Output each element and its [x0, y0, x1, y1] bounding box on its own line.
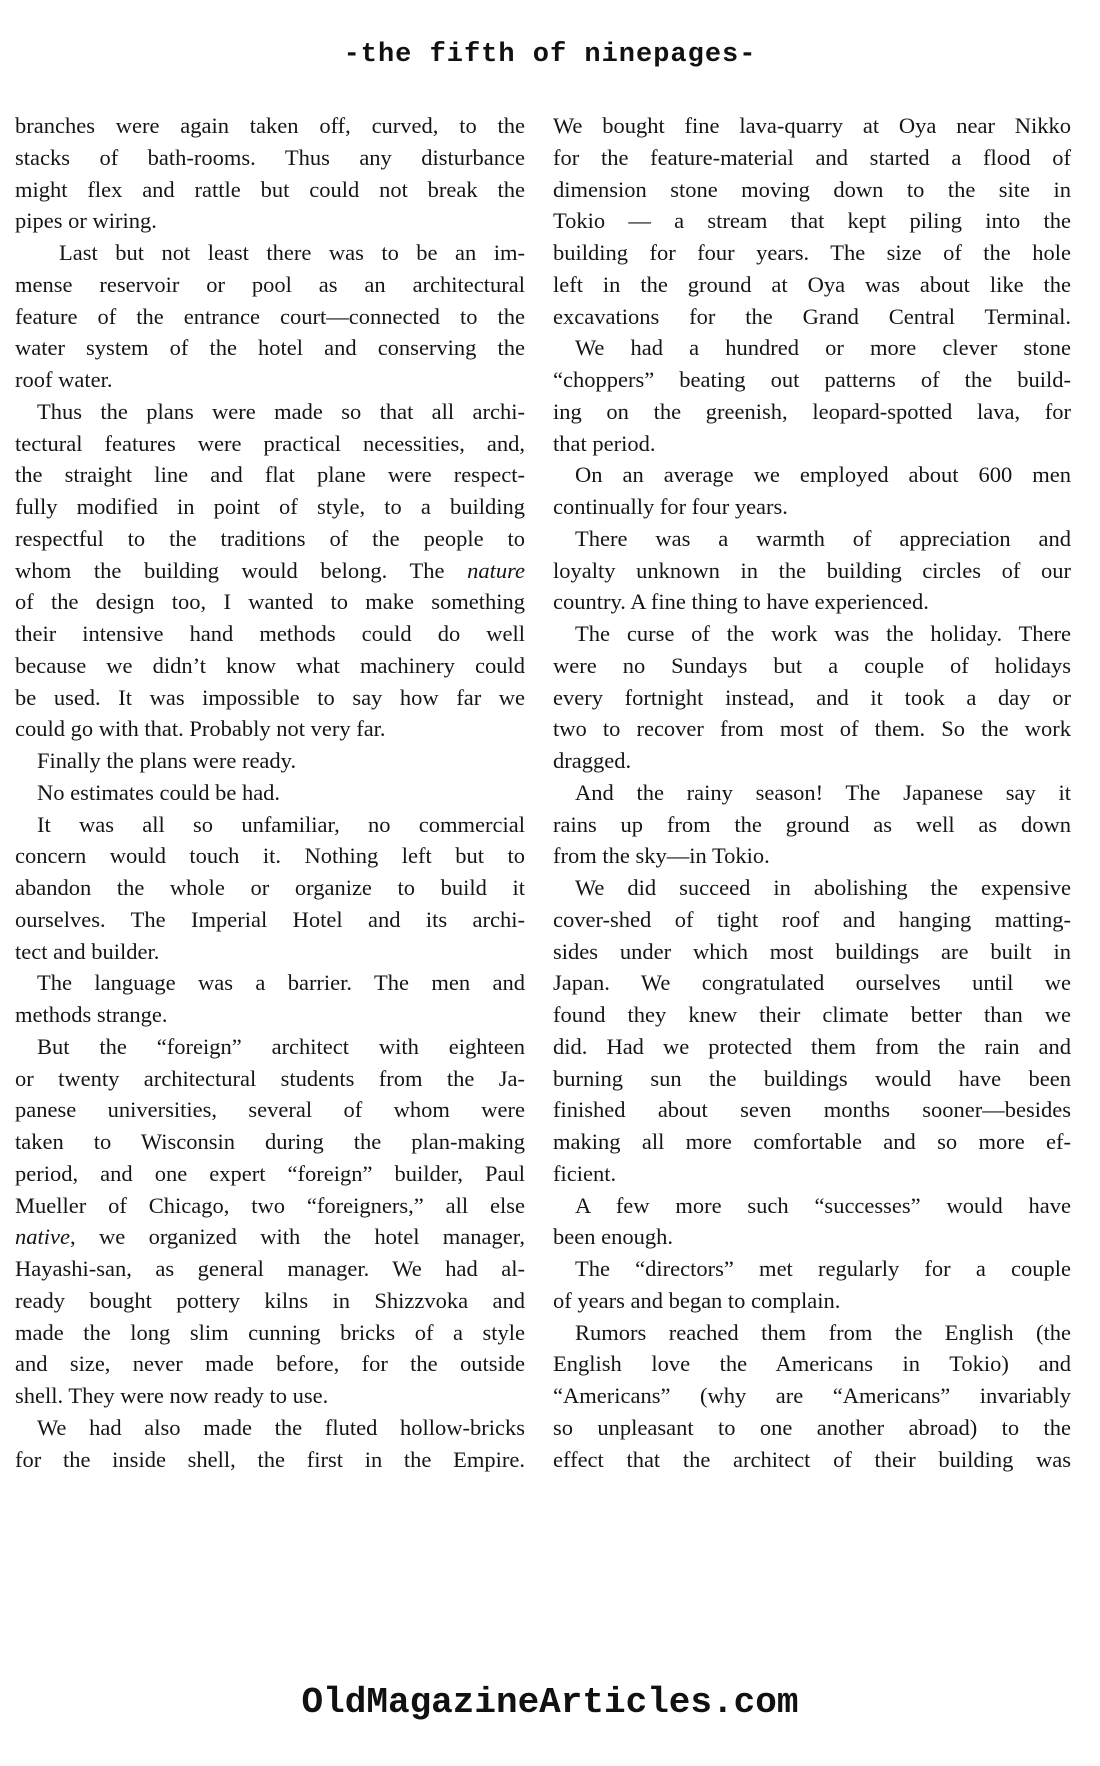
right-text-column: We bought fine lava-quarry at Oya near N…: [553, 110, 1071, 1475]
text-line: found they knew their climate better tha…: [553, 999, 1071, 1031]
text-line: English love the Americans in Tokio) and: [553, 1348, 1071, 1380]
text-line: No estimates could be had.: [15, 777, 525, 809]
text-line: excavations for the Grand Central Termin…: [553, 301, 1071, 333]
page-header-title: -the fifth of ninepages-: [0, 40, 1100, 70]
text-line: Finally the plans were ready.: [15, 745, 525, 777]
site-watermark: OldMagazineArticles.com: [0, 1682, 1100, 1723]
text-line: were no Sundays but a couple of holidays: [553, 650, 1071, 682]
text-line: concern would touch it. Nothing left but…: [15, 840, 525, 872]
text-line: made the long slim cunning bricks of a s…: [15, 1317, 525, 1349]
text-line: We bought fine lava-quarry at Oya near N…: [553, 110, 1071, 142]
text-line: of years and began to complain.: [553, 1285, 1071, 1317]
text-line: their intensive hand methods could do we…: [15, 618, 525, 650]
text-line: Hayashi-san, as general manager. We had …: [15, 1253, 525, 1285]
text-line: Thus the plans were made so that all arc…: [15, 396, 525, 428]
text-line: It was all so unfamiliar, no commercial: [15, 809, 525, 841]
text-line: for the feature-material and started a f…: [553, 142, 1071, 174]
text-line: tect and builder.: [15, 936, 525, 968]
text-line: sides under which most buildings are bui…: [553, 936, 1071, 968]
text-line: period, and one expert “foreign” builder…: [15, 1158, 525, 1190]
text-line: two to recover from most of them. So the…: [553, 713, 1071, 745]
text-line: Japan. We congratulated ourselves until …: [553, 967, 1071, 999]
text-line: could go with that. Probably not very fa…: [15, 713, 525, 745]
text-line: abandon the whole or organize to build i…: [15, 872, 525, 904]
text-line: ready bought pottery kilns in Shizzvoka …: [15, 1285, 525, 1317]
text-line: tectural features were practical necessi…: [15, 428, 525, 460]
text-line: feature of the entrance court—connected …: [15, 301, 525, 333]
text-line: shell. They were now ready to use.: [15, 1380, 525, 1412]
text-line: water system of the hotel and conserving…: [15, 332, 525, 364]
text-line: been enough.: [553, 1221, 1071, 1253]
text-line: and size, never made before, for the out…: [15, 1348, 525, 1380]
text-line: burning sun the buildings would have bee…: [553, 1063, 1071, 1095]
text-line: every fortnight instead, and it took a d…: [553, 682, 1071, 714]
italic-word: native: [15, 1224, 70, 1249]
text-line: stacks of bath-rooms. Thus any disturban…: [15, 142, 525, 174]
text-line: country. A fine thing to have experience…: [553, 586, 1071, 618]
text-line: finished about seven months sooner—besid…: [553, 1094, 1071, 1126]
text-line: But the “foreign” architect with eightee…: [15, 1031, 525, 1063]
text-line: that period.: [553, 428, 1071, 460]
text-line: mense reservoir or pool as an architectu…: [15, 269, 525, 301]
text-line: effect that the architect of their build…: [553, 1444, 1071, 1476]
text-line: be used. It was impossible to say how fa…: [15, 682, 525, 714]
text-segment: , we organized with the hotel manager,: [70, 1224, 525, 1249]
text-line: panese universities, several of whom wer…: [15, 1094, 525, 1126]
text-line: might flex and rattle but could not brea…: [15, 174, 525, 206]
text-line: branches were again taken off, curved, t…: [15, 110, 525, 142]
text-line: of the design too, I wanted to make some…: [15, 586, 525, 618]
text-line: Rumors reached them from the English (th…: [553, 1317, 1071, 1349]
text-line: from the sky—in Tokio.: [553, 840, 1071, 872]
text-line: There was a warmth of appreciation and: [553, 523, 1071, 555]
text-line: loyalty unknown in the building circles …: [553, 555, 1071, 587]
text-line: ourselves. The Imperial Hotel and its ar…: [15, 904, 525, 936]
text-line: And the rainy season! The Japanese say i…: [553, 777, 1071, 809]
text-line: “choppers” beating out patterns of the b…: [553, 364, 1071, 396]
text-line: continually for four years.: [553, 491, 1071, 523]
text-line: Last but not least there was to be an im…: [15, 237, 525, 269]
text-segment: whom the building would belong. The: [15, 558, 467, 583]
text-line: building for four years. The size of the…: [553, 237, 1071, 269]
text-line: ficient.: [553, 1158, 1071, 1190]
text-line: making all more comfortable and so more …: [553, 1126, 1071, 1158]
text-line: methods strange.: [15, 999, 525, 1031]
text-line: or twenty architectural students from th…: [15, 1063, 525, 1095]
text-line: because we didn’t know what machinery co…: [15, 650, 525, 682]
text-line: rains up from the ground as well as down: [553, 809, 1071, 841]
text-line: dimension stone moving down to the site …: [553, 174, 1071, 206]
text-line: The curse of the work was the holiday. T…: [553, 618, 1071, 650]
text-line: The language was a barrier. The men and: [15, 967, 525, 999]
text-line: “Americans” (why are “Americans” invaria…: [553, 1380, 1071, 1412]
text-line: whom the building would belong. The natu…: [15, 555, 525, 587]
italic-word: nature: [467, 558, 525, 583]
text-line: A few more such “successes” would have: [553, 1190, 1071, 1222]
text-line: Mueller of Chicago, two “foreigners,” al…: [15, 1190, 525, 1222]
text-line: We had a hundred or more clever stone: [553, 332, 1071, 364]
text-line: We did succeed in abolishing the expensi…: [553, 872, 1071, 904]
text-line: pipes or wiring.: [15, 205, 525, 237]
text-line: left in the ground at Oya was about like…: [553, 269, 1071, 301]
text-line: fully modified in point of style, to a b…: [15, 491, 525, 523]
text-line: taken to Wisconsin during the plan-makin…: [15, 1126, 525, 1158]
text-line: ing on the greenish, leopard-spotted lav…: [553, 396, 1071, 428]
text-line: native, we organized with the hotel mana…: [15, 1221, 525, 1253]
text-line: so unpleasant to one another abroad) to …: [553, 1412, 1071, 1444]
left-text-column: branches were again taken off, curved, t…: [15, 110, 525, 1475]
text-line: did. Had we protected them from the rain…: [553, 1031, 1071, 1063]
text-line: dragged.: [553, 745, 1071, 777]
text-line: The “directors” met regularly for a coup…: [553, 1253, 1071, 1285]
text-line: respectful to the traditions of the peop…: [15, 523, 525, 555]
text-line: Tokio — a stream that kept piling into t…: [553, 205, 1071, 237]
text-line: the straight line and flat plane were re…: [15, 459, 525, 491]
text-line: for the inside shell, the first in the E…: [15, 1444, 525, 1476]
text-line: On an average we employed about 600 men: [553, 459, 1071, 491]
text-line: roof water.: [15, 364, 525, 396]
text-line: We had also made the fluted hollow-brick…: [15, 1412, 525, 1444]
text-line: cover-shed of tight roof and hanging mat…: [553, 904, 1071, 936]
